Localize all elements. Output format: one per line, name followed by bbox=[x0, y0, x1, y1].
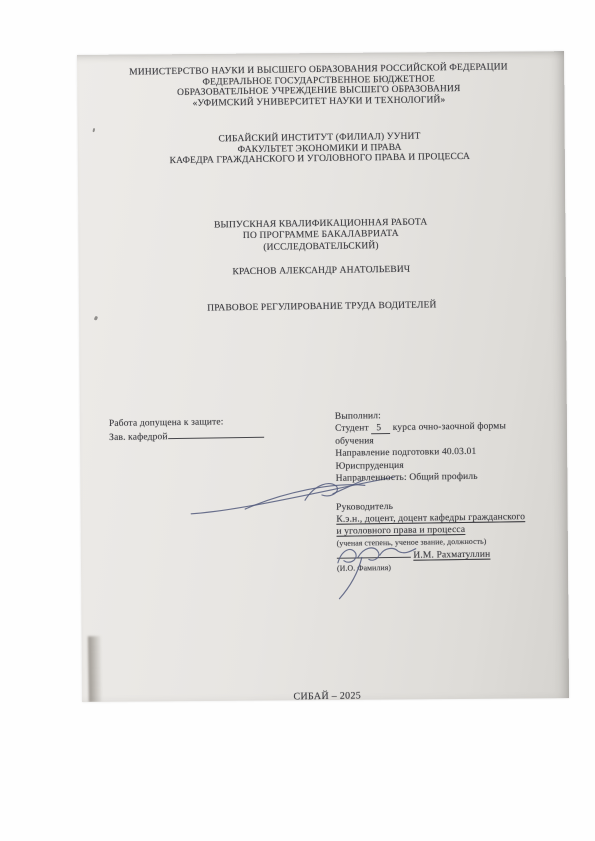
ministry-header: МИНИСТЕРСТВО НАУКИ И ВЫСШЕГО ОБРАЗОВАНИЯ… bbox=[77, 62, 563, 112]
scan-background: МИНИСТЕРСТВО НАУКИ И ВЫСШЕГО ОБРАЗОВАНИЯ… bbox=[0, 0, 595, 841]
supervisor-signature bbox=[330, 539, 443, 603]
scanned-page: МИНИСТЕРСТВО НАУКИ И ВЫСШЕГО ОБРАЗОВАНИЯ… bbox=[77, 51, 569, 702]
work-type-title: ВЫПУСКНАЯ КВАЛИФИКАЦИОННАЯ РАБОТА ПО ПРО… bbox=[77, 216, 564, 257]
performer-block: Выполнил: Студент 5 курса очно-заочной ф… bbox=[335, 408, 554, 485]
admission-block: Работа допущена к защите: Зав. кафедрой bbox=[109, 416, 264, 445]
thesis-title: ПРАВОВОЕ РЕГУЛИРОВАНИЕ ТРУДА ВОДИТЕЛЕЙ bbox=[78, 299, 565, 316]
student-prefix: Студент bbox=[335, 424, 369, 434]
admission-signature-line: Зав. кафедрой bbox=[109, 428, 264, 444]
profile-line: Направленность: Общий профиль bbox=[336, 470, 554, 485]
dept-head-label: Зав. кафедрой bbox=[109, 432, 168, 443]
student-suffix: курса очно-заочной формы bbox=[393, 422, 506, 434]
author-name: КРАСНОВ АЛЕКСАНДР АНАТОЛЬЕВИЧ bbox=[78, 263, 565, 280]
page-edge-shadow bbox=[88, 636, 102, 702]
scan-speck bbox=[92, 128, 95, 132]
city-year: СИБАЙ – 2025 bbox=[84, 688, 569, 702]
scan-speck bbox=[94, 316, 98, 321]
course-number: 5 bbox=[371, 423, 390, 434]
page-content: МИНИСТЕРСТВО НАУКИ И ВЫСШЕГО ОБРАЗОВАНИЯ… bbox=[77, 51, 569, 702]
institute-header: СИБАЙСКИЙ ИНСТИТУТ (ФИЛИАЛ) УУНИТ ФАКУЛЬ… bbox=[77, 130, 563, 169]
signature-blank-line bbox=[168, 428, 264, 439]
